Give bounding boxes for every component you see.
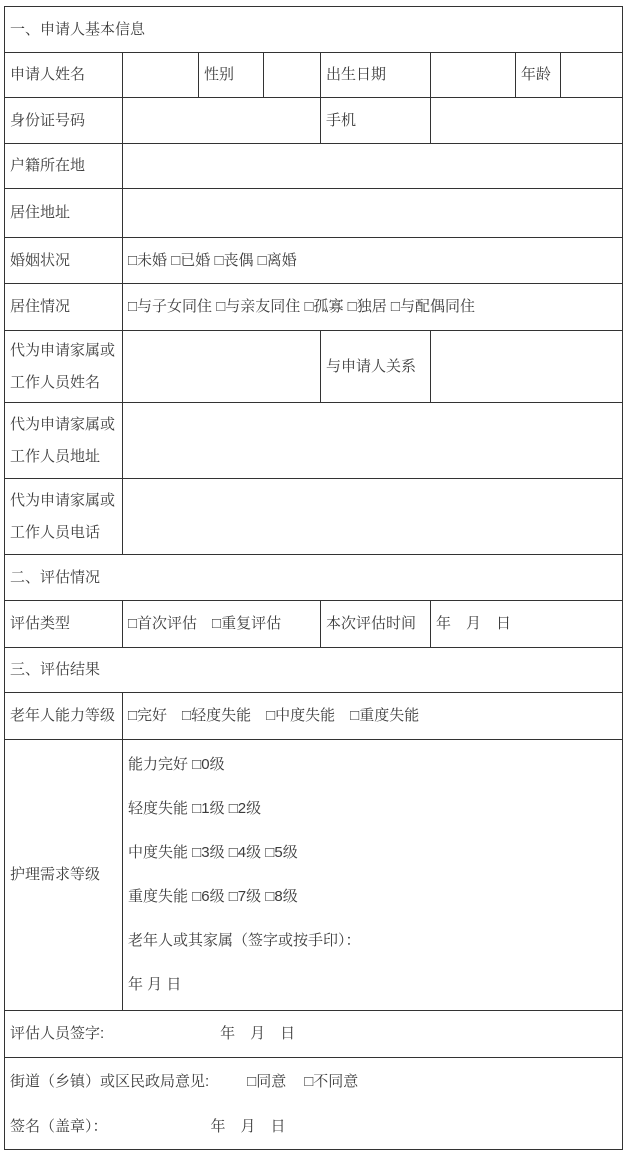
- care-line-date: 年 月 日: [128, 963, 618, 1007]
- authority-opinion-cell: 街道（乡镇）或区民政局意见:□同意□不同意 签名（盖章）：年 月 日: [5, 1058, 623, 1150]
- proxy-phone-value: [123, 479, 623, 555]
- relation-value: [431, 331, 623, 403]
- proxy-address-value: [123, 403, 623, 479]
- marital-status-options: □未婚 □已婚 □丧偶 □离婚: [123, 238, 623, 284]
- proxy-name-label: 代为申请家属或工作人员姓名: [5, 331, 123, 403]
- care-need-level-label: 护理需求等级: [5, 740, 123, 1011]
- hukou-value: [123, 144, 623, 189]
- care-line-intact: 能力完好 □0级: [128, 743, 618, 787]
- assessor-signature-cell: 评估人员签字:年 月 日: [5, 1011, 623, 1058]
- applicant-name-value: [123, 53, 199, 98]
- opinion-agree-option: □同意: [247, 1073, 286, 1090]
- gender-value: [264, 53, 321, 98]
- proxy-address-label: 代为申请家属或工作人员地址: [5, 403, 123, 479]
- age-label: 年龄: [516, 53, 561, 98]
- care-need-level-cell: 能力完好 □0级 轻度失能 □1级 □2级 中度失能 □3级 □4级 □5级 重…: [123, 740, 623, 1011]
- care-line-mild: 轻度失能 □1级 □2级: [128, 787, 618, 831]
- seal-signature-label: 签名（盖章）：: [10, 1118, 108, 1135]
- assessment-type-options: □首次评估 □重复评估: [123, 601, 321, 648]
- authority-opinion-label: 街道（乡镇）或区民政局意见:: [10, 1073, 209, 1090]
- seal-signature-line: 签名（盖章）：年 月 日: [10, 1104, 618, 1149]
- mobile-label: 手机: [321, 98, 431, 144]
- proxy-phone-label: 代为申请家属或工作人员电话: [5, 479, 123, 555]
- birth-date-value: [431, 53, 516, 98]
- authority-opinion-line: 街道（乡镇）或区民政局意见:□同意□不同意: [10, 1059, 618, 1104]
- assessment-type-label: 评估类型: [5, 601, 123, 648]
- ability-level-label: 老年人能力等级: [5, 693, 123, 740]
- assessor-signature-label: 评估人员签字:: [10, 1025, 104, 1042]
- application-form-table: 一、申请人基本信息 申请人姓名 性别 出生日期 年龄 身份证号码 手机 户籍所在…: [4, 6, 623, 1150]
- id-number-label: 身份证号码: [5, 98, 123, 144]
- seal-signature-date: 年 月 日: [211, 1118, 286, 1135]
- care-line-family-signature: 老年人或其家属（签字或按手印）：: [128, 919, 618, 963]
- age-value: [561, 53, 623, 98]
- assessment-time-label: 本次评估时间: [321, 601, 431, 648]
- care-line-moderate: 中度失能 □3级 □4级 □5级: [128, 831, 618, 875]
- id-number-value: [123, 98, 321, 144]
- section-result-header: 三、评估结果: [5, 648, 623, 693]
- ability-level-options: □完好 □轻度失能 □中度失能 □重度失能: [123, 693, 623, 740]
- living-situation-options: □与子女同住 □与亲友同住 □孤寡 □独居 □与配偶同住: [123, 284, 623, 331]
- section-basic-info-header: 一、申请人基本信息: [5, 7, 623, 53]
- care-line-severe: 重度失能 □6级 □7级 □8级: [128, 875, 618, 919]
- living-situation-label: 居住情况: [5, 284, 123, 331]
- hukou-label: 户籍所在地: [5, 144, 123, 189]
- gender-label: 性别: [199, 53, 264, 98]
- opinion-disagree-option: □不同意: [304, 1073, 358, 1090]
- mobile-value: [431, 98, 623, 144]
- marital-status-label: 婚姻状况: [5, 238, 123, 284]
- residence-address-label: 居住地址: [5, 189, 123, 238]
- proxy-name-value: [123, 331, 321, 403]
- assessment-time-value: 年 月 日: [431, 601, 623, 648]
- residence-address-value: [123, 189, 623, 238]
- applicant-name-label: 申请人姓名: [5, 53, 123, 98]
- section-assessment-header: 二、评估情况: [5, 555, 623, 601]
- birth-date-label: 出生日期: [321, 53, 431, 98]
- assessor-signature-date: 年 月 日: [220, 1025, 295, 1042]
- relation-label: 与申请人关系: [321, 331, 431, 403]
